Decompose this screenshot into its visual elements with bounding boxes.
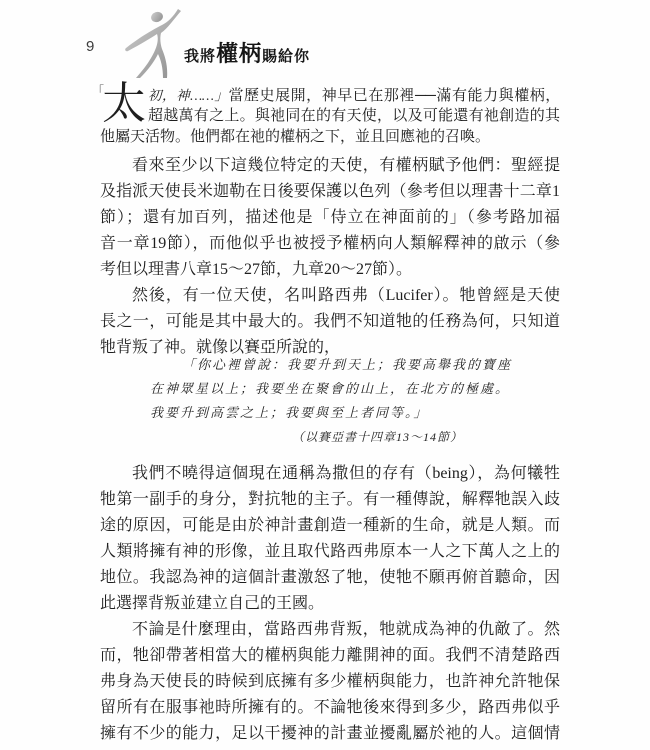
- text-line: 牠第一副手的身分，對抗牠的主子。有一種傳說，解釋牠誤入歧: [100, 487, 560, 513]
- text-line: 超越萬有之上。與祂同在的有天使，以及可能還有祂創造的其: [100, 106, 560, 127]
- scripture-citation: （以賽亞書十四章13～14節）: [100, 425, 560, 449]
- book-page: 9 我將權柄賜給你 「 太 初，神……」當歷史展開，神早已在那裡──滿有能力與權…: [0, 0, 650, 750]
- text-line: 音一章19節），而他似乎也被授予權柄向人類解釋神的啟示（參: [100, 231, 560, 257]
- book-title-post: 賜給你: [262, 49, 310, 65]
- text-line: 不論是什麼理由，當路西弗背叛，牠就成為神的仇敵了。然: [100, 617, 560, 643]
- text-line: 弗身為天使長的時候到底擁有多少權柄與能力，也許神允許牠保: [100, 669, 560, 695]
- text-line: 長之一，可能是其中最大的。我們不知道牠的任務為何，只知道: [100, 309, 560, 335]
- text-line: 我們不曉得這個現在通稱為撒但的存有（being），為何犧牲: [100, 461, 560, 487]
- quote-line: 我要升到高雲之上；我要與至上者同等。」: [150, 401, 560, 425]
- dancer-logo-icon: [120, 8, 184, 78]
- scripture-quote: 「你心裡曾說：我要升到天上；我要高舉我的寶座 在神眾星以上；我要坐在聚會的山上，…: [150, 353, 560, 425]
- open-quote-mark: 「: [92, 82, 104, 99]
- paragraph-lucifer: 然後，有一位天使，名叫路西弗（Lucifer）。牠曾經是天使 長之一，可能是其中…: [100, 283, 560, 361]
- text-line: 擁有不少的能力，足以干擾神的計畫並擾亂屬於祂的人。這個情: [100, 721, 560, 747]
- body-text: 「 太 初，神……」當歷史展開，神早已在那裡──滿有能力與權柄， 超越萬有之上。…: [100, 85, 560, 747]
- drop-cap-char: 太: [100, 82, 148, 126]
- quote-line: 「你心裡曾說：我要升到天上；我要高舉我的寶座: [150, 353, 560, 377]
- text-line: 而，牠卻帶著相當大的權柄與能力離開神的面。我們不清楚路西: [100, 643, 560, 669]
- book-title: 我將權柄賜給你: [184, 37, 310, 68]
- text-line: 人類將擁有神的形像，並且取代路西弗原本一人之下萬人之上的: [100, 539, 560, 565]
- drop-cap: 「 太: [100, 85, 148, 127]
- paragraph-satan-legend: 我們不曉得這個現在通稱為撒但的存有（being），為何犧牲 牠第一副手的身分，對…: [100, 461, 560, 617]
- text-line: 看來至少以下這幾位特定的天使，有權柄賦予他們：聖經提: [100, 153, 560, 179]
- book-title-emphasis: 權柄: [216, 41, 262, 66]
- text-line: 然後，有一位天使，名叫路西弗（Lucifer）。牠曾經是天使: [100, 283, 560, 309]
- text-line: 他屬天活物。他們都在祂的權柄之下，並且回應祂的召喚。: [100, 127, 560, 148]
- text-line: 留所有在服事祂時所擁有的。不論牠後來得到多少，路西弗似乎: [100, 695, 560, 721]
- text-line: 地位。我認為神的這個計畫激怒了牠，使牠不願再俯首聽命，因: [100, 565, 560, 591]
- text-line: 及指派天使長米迦勒在日後要保護以色列（參考但以理書十二章1: [100, 179, 560, 205]
- page-number: 9: [86, 38, 94, 55]
- text-line: 考但以理書八章15～27節，九章20～27節）。: [100, 257, 560, 283]
- text-line: 此選擇背叛並建立自己的王國。: [100, 591, 560, 617]
- paragraph-rebellion: 不論是什麼理由，當路西弗背叛，牠就成為神的仇敵了。然 而，牠卻帶著相當大的權柄與…: [100, 617, 560, 747]
- text-line: 節）；還有加百列，描述他是「侍立在神面前的」（參考路加福: [100, 205, 560, 231]
- quote-line: 在神眾星以上；我要坐在聚會的山上，在北方的極處。: [150, 377, 560, 401]
- text-line: 初，神……」當歷史展開，神早已在那裡──滿有能力與權柄，: [100, 85, 560, 106]
- line-text: 當歷史展開，神早已在那裡──滿有能力與權柄，: [228, 88, 560, 104]
- paragraph-angels: 看來至少以下這幾位特定的天使，有權柄賦予他們：聖經提 及指派天使長米迦勒在日後要…: [100, 153, 560, 283]
- kai-lead-text: 初，神……」: [148, 88, 228, 103]
- paragraph-opening: 「 太 初，神……」當歷史展開，神早已在那裡──滿有能力與權柄， 超越萬有之上。…: [100, 85, 560, 148]
- book-title-pre: 我將: [184, 49, 216, 65]
- text-line: 途的原因，可能是由於神計畫創造一種新的生命，就是人類。而: [100, 513, 560, 539]
